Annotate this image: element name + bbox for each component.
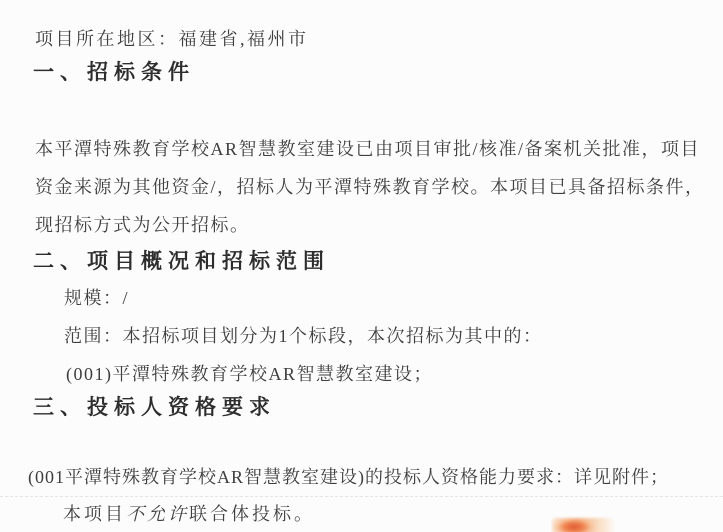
tender-announcement-page: 项目所在地区：福建省,福州市 一、招标条件 本平潭特殊教育学校AR智慧教室建设已… [0,0,723,532]
section-1-heading: 一、招标条件 [33,60,195,84]
consortium-prefix-text: 本项目 [63,504,126,524]
section-2-heading: 二、项目概况和招标范围 [33,249,330,273]
tender-conditions-paragraph-line: 本平潭特殊教育学校AR智慧教室建设已由项目审批/核准/备案机关批准，项目 [35,138,695,160]
tender-conditions-paragraph-line: 资金来源为其他资金/，招标人为平潭特殊教育学校。本项目已具备招标条件， [35,176,703,198]
consortium-bidding-line: 本项目不允许联合体投标。 [63,503,315,525]
lot-001-line: (001)平潭特殊教育学校AR智慧教室建设； [66,363,433,385]
consortium-not-allowed-emphasis: 不允许 [126,504,189,524]
consortium-suffix-text: 联合体投标。 [189,504,315,524]
project-scale-line: 规模：/ [64,287,129,309]
tender-scope-line: 范围：本招标项目划分为1个标段，本次招标为其中的： [64,325,543,347]
project-location-line: 项目所在地区：福建省,福州市 [35,28,309,50]
bidder-qualification-line: (001平潭特殊教育学校AR智慧教室建设)的投标人资格能力要求：详见附件； [28,466,669,488]
tender-conditions-paragraph-line: 现招标方式为公开招标。 [35,214,250,236]
orange-seal-fragment-icon [552,518,614,532]
section-3-heading: 三、投标人资格要求 [33,395,276,419]
faint-dashed-separator [0,496,723,497]
